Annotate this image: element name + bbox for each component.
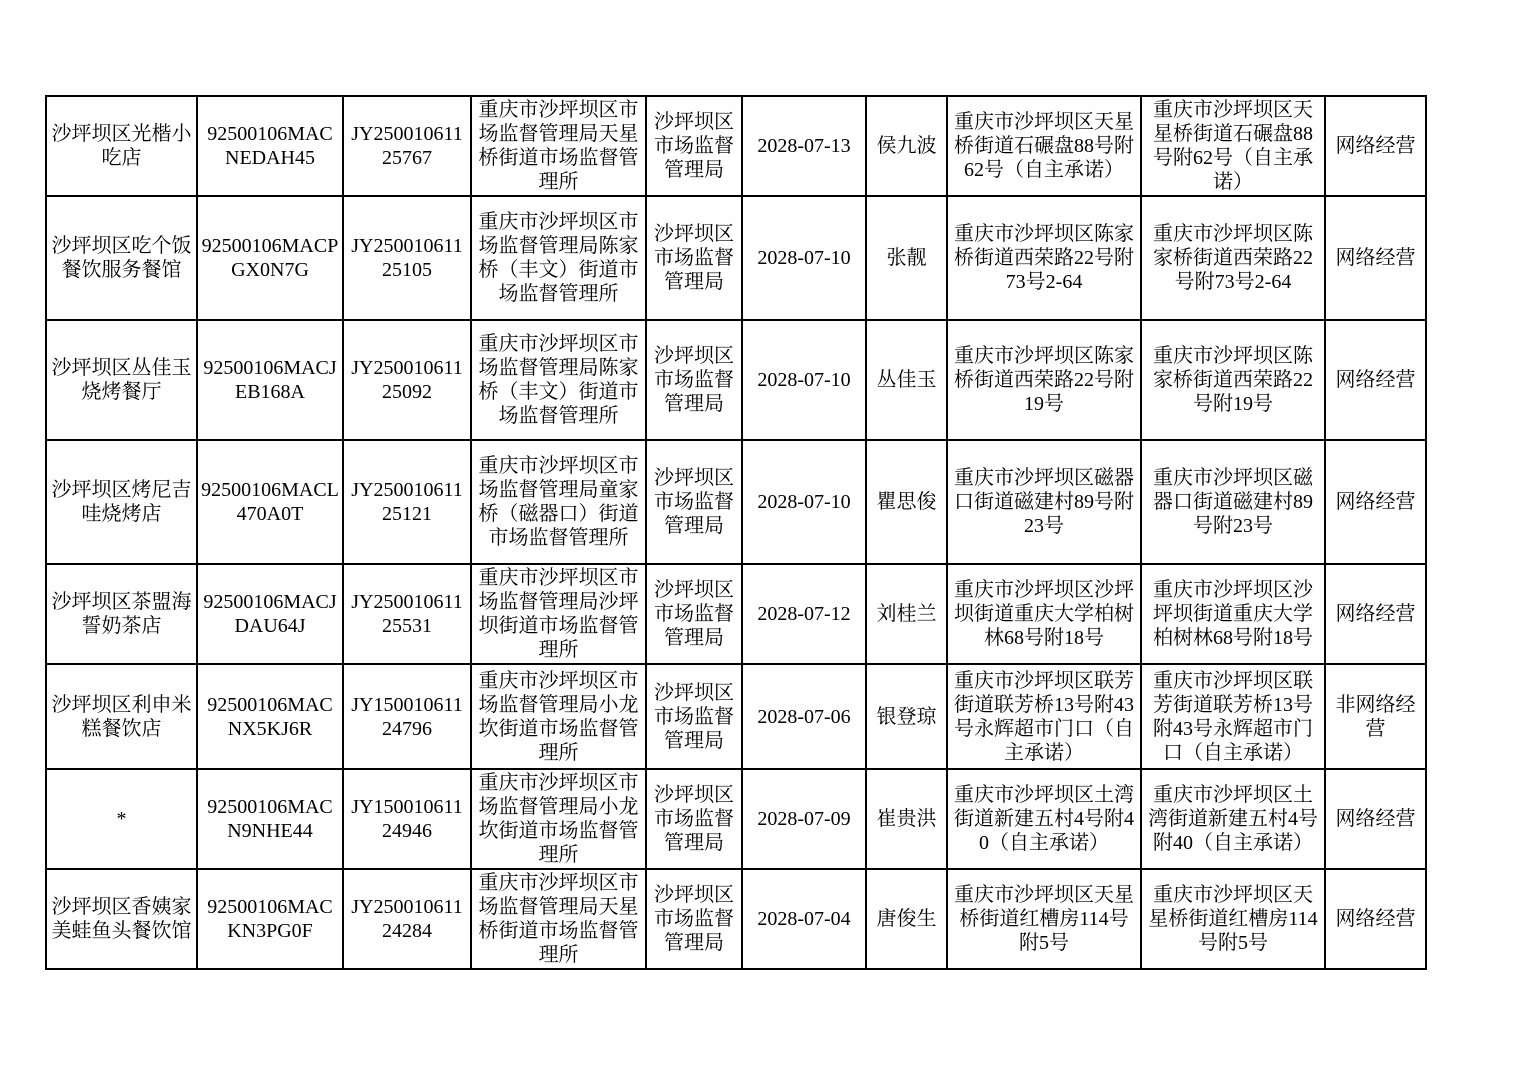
cell-person: 瞿思俊 <box>866 440 947 564</box>
cell-address1: 重庆市沙坪坝区联芳街道联芳桥13号附43号永辉超市门口（自主承诺） <box>947 664 1141 769</box>
cell-address1: 重庆市沙坪坝区天星桥街道红槽房114号附5号 <box>947 869 1141 969</box>
table-body: 沙坪坝区光楷小吃店92500106MACNEDAH45JY25001061125… <box>46 96 1426 969</box>
cell-date: 2028-07-13 <box>742 96 866 196</box>
cell-issuing-office: 重庆市沙坪坝区市场监督管理局小龙坎街道市场监督管理所 <box>471 664 646 769</box>
cell-issuing-office: 重庆市沙坪坝区市场监督管理局陈家桥（丰文）街道市场监督管理所 <box>471 320 646 440</box>
registration-table: 沙坪坝区光楷小吃店92500106MACNEDAH45JY25001061125… <box>45 95 1427 970</box>
cell-address2: 重庆市沙坪坝区天星桥街道石碾盘88号附62号（自主承诺） <box>1141 96 1325 196</box>
cell-issuing-office: 重庆市沙坪坝区市场监督管理局陈家桥（丰文）街道市场监督管理所 <box>471 196 646 320</box>
cell-name: 沙坪坝区利申米糕餐饮店 <box>46 664 197 769</box>
cell-license-no: JY15001061124796 <box>343 664 471 769</box>
cell-bureau: 沙坪坝区市场监督管理局 <box>646 664 742 769</box>
cell-credit-code: 92500106MACN9NHE44 <box>197 769 343 869</box>
cell-network-status: 网络经营 <box>1325 769 1426 869</box>
cell-bureau: 沙坪坝区市场监督管理局 <box>646 769 742 869</box>
cell-person: 刘桂兰 <box>866 564 947 664</box>
cell-issuing-office: 重庆市沙坪坝区市场监督管理局童家桥（磁器口）街道市场监督管理所 <box>471 440 646 564</box>
cell-bureau: 沙坪坝区市场监督管理局 <box>646 320 742 440</box>
cell-person: 唐俊生 <box>866 869 947 969</box>
cell-license-no: JY25001061125767 <box>343 96 471 196</box>
cell-date: 2028-07-12 <box>742 564 866 664</box>
table-row: 沙坪坝区茶盟海誓奶茶店92500106MACJDAU64JJY250010611… <box>46 564 1426 664</box>
cell-address2: 重庆市沙坪坝区联芳街道联芳桥13号附43号永辉超市门口（自主承诺） <box>1141 664 1325 769</box>
cell-bureau: 沙坪坝区市场监督管理局 <box>646 869 742 969</box>
cell-address1: 重庆市沙坪坝区天星桥街道石碾盘88号附62号（自主承诺） <box>947 96 1141 196</box>
cell-license-no: JY25001061124284 <box>343 869 471 969</box>
cell-network-status: 网络经营 <box>1325 564 1426 664</box>
cell-name: 沙坪坝区丛佳玉烧烤餐厅 <box>46 320 197 440</box>
cell-license-no: JY25001061125531 <box>343 564 471 664</box>
cell-bureau: 沙坪坝区市场监督管理局 <box>646 196 742 320</box>
cell-network-status: 网络经营 <box>1325 440 1426 564</box>
cell-credit-code: 92500106MACJDAU64J <box>197 564 343 664</box>
cell-date: 2028-07-06 <box>742 664 866 769</box>
cell-address2: 重庆市沙坪坝区沙坪坝街道重庆大学柏树林68号附18号 <box>1141 564 1325 664</box>
cell-credit-code: 92500106MACKN3PG0F <box>197 869 343 969</box>
cell-person: 银登琼 <box>866 664 947 769</box>
cell-person: 张靓 <box>866 196 947 320</box>
cell-address2: 重庆市沙坪坝区磁器口街道磁建村89号附23号 <box>1141 440 1325 564</box>
cell-network-status: 网络经营 <box>1325 320 1426 440</box>
cell-license-no: JY15001061124946 <box>343 769 471 869</box>
cell-license-no: JY25001061125092 <box>343 320 471 440</box>
cell-name: 沙坪坝区烤尼吉哇烧烤店 <box>46 440 197 564</box>
cell-issuing-office: 重庆市沙坪坝区市场监督管理局沙坪坝街道市场监督管理所 <box>471 564 646 664</box>
cell-credit-code: 92500106MACJEB168A <box>197 320 343 440</box>
cell-address2: 重庆市沙坪坝区土湾街道新建五村4号附40（自主承诺） <box>1141 769 1325 869</box>
cell-bureau: 沙坪坝区市场监督管理局 <box>646 564 742 664</box>
cell-name: 沙坪坝区吃个饭餐饮服务餐馆 <box>46 196 197 320</box>
cell-credit-code: 92500106MACL470A0T <box>197 440 343 564</box>
cell-issuing-office: 重庆市沙坪坝区市场监督管理局小龙坎街道市场监督管理所 <box>471 769 646 869</box>
table-row: 沙坪坝区香姨家美蛙鱼头餐饮馆92500106MACKN3PG0FJY250010… <box>46 869 1426 969</box>
table-row: 沙坪坝区光楷小吃店92500106MACNEDAH45JY25001061125… <box>46 96 1426 196</box>
cell-credit-code: 92500106MACNEDAH45 <box>197 96 343 196</box>
cell-license-no: JY25001061125105 <box>343 196 471 320</box>
cell-address2: 重庆市沙坪坝区陈家桥街道西荣路22号附73号2-64 <box>1141 196 1325 320</box>
cell-person: 崔贵洪 <box>866 769 947 869</box>
cell-name: 沙坪坝区香姨家美蛙鱼头餐饮馆 <box>46 869 197 969</box>
cell-bureau: 沙坪坝区市场监督管理局 <box>646 440 742 564</box>
cell-network-status: 非网络经营 <box>1325 664 1426 769</box>
cell-issuing-office: 重庆市沙坪坝区市场监督管理局天星桥街道市场监督管理所 <box>471 96 646 196</box>
cell-name: 沙坪坝区茶盟海誓奶茶店 <box>46 564 197 664</box>
cell-address2: 重庆市沙坪坝区陈家桥街道西荣路22号附19号 <box>1141 320 1325 440</box>
cell-person: 丛佳玉 <box>866 320 947 440</box>
cell-date: 2028-07-10 <box>742 320 866 440</box>
cell-address1: 重庆市沙坪坝区土湾街道新建五村4号附40（自主承诺） <box>947 769 1141 869</box>
cell-address1: 重庆市沙坪坝区沙坪坝街道重庆大学柏树林68号附18号 <box>947 564 1141 664</box>
table-row: *92500106MACN9NHE44JY15001061124946重庆市沙坪… <box>46 769 1426 869</box>
cell-name: 沙坪坝区光楷小吃店 <box>46 96 197 196</box>
cell-network-status: 网络经营 <box>1325 869 1426 969</box>
table-row: 沙坪坝区丛佳玉烧烤餐厅92500106MACJEB168AJY250010611… <box>46 320 1426 440</box>
cell-date: 2028-07-04 <box>742 869 866 969</box>
cell-bureau: 沙坪坝区市场监督管理局 <box>646 96 742 196</box>
cell-name: * <box>46 769 197 869</box>
cell-date: 2028-07-09 <box>742 769 866 869</box>
cell-date: 2028-07-10 <box>742 196 866 320</box>
cell-license-no: JY25001061125121 <box>343 440 471 564</box>
cell-issuing-office: 重庆市沙坪坝区市场监督管理局天星桥街道市场监督管理所 <box>471 869 646 969</box>
table-row: 沙坪坝区烤尼吉哇烧烤店92500106MACL470A0TJY250010611… <box>46 440 1426 564</box>
cell-address1: 重庆市沙坪坝区陈家桥街道西荣路22号附73号2-64 <box>947 196 1141 320</box>
table-row: 沙坪坝区吃个饭餐饮服务餐馆92500106MACPGX0N7GJY2500106… <box>46 196 1426 320</box>
cell-network-status: 网络经营 <box>1325 96 1426 196</box>
cell-date: 2028-07-10 <box>742 440 866 564</box>
cell-credit-code: 92500106MACNX5KJ6R <box>197 664 343 769</box>
cell-address2: 重庆市沙坪坝区天星桥街道红槽房114号附5号 <box>1141 869 1325 969</box>
cell-person: 侯九波 <box>866 96 947 196</box>
cell-address1: 重庆市沙坪坝区陈家桥街道西荣路22号附19号 <box>947 320 1141 440</box>
cell-credit-code: 92500106MACPGX0N7G <box>197 196 343 320</box>
table-row: 沙坪坝区利申米糕餐饮店92500106MACNX5KJ6RJY150010611… <box>46 664 1426 769</box>
cell-network-status: 网络经营 <box>1325 196 1426 320</box>
cell-address1: 重庆市沙坪坝区磁器口街道磁建村89号附23号 <box>947 440 1141 564</box>
